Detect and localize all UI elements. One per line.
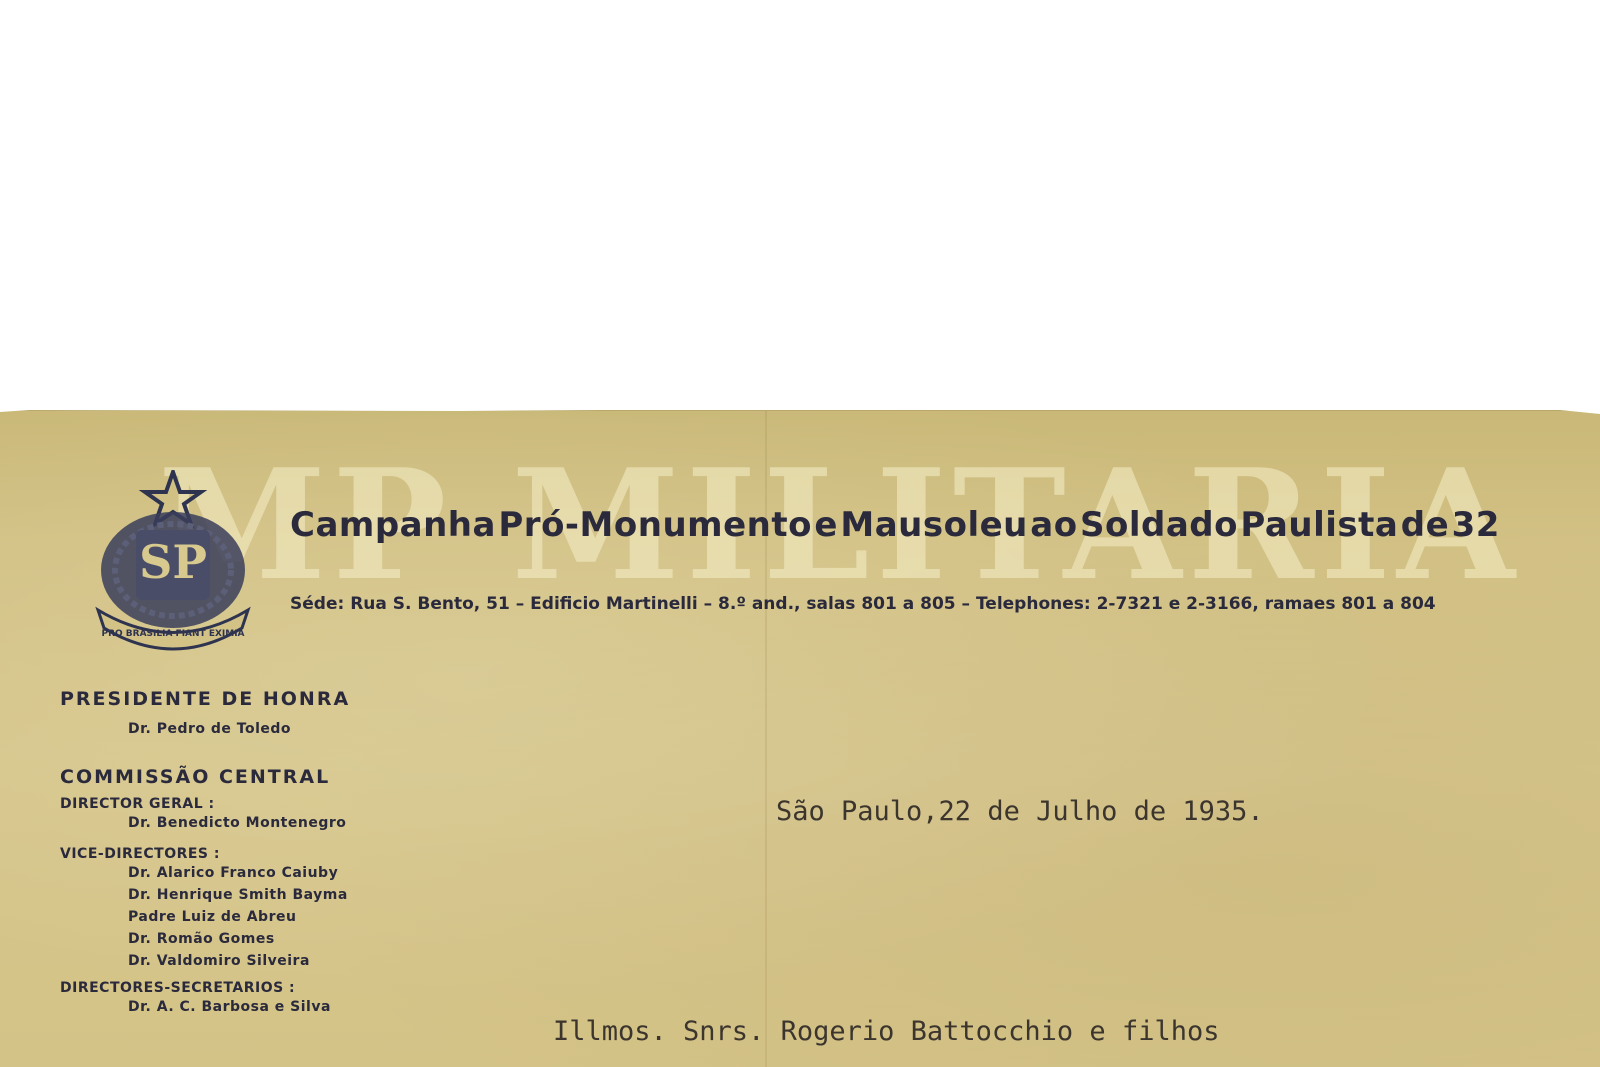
- vice-director-name: Padre Luiz de Abreu: [60, 906, 350, 928]
- svg-text:SP: SP: [139, 535, 207, 589]
- title-word: Mausoleu: [840, 505, 1028, 545]
- title-word: Paulista: [1240, 505, 1398, 545]
- title-word: e: [814, 505, 838, 545]
- vice-director-name: Dr. Henrique Smith Bayma: [60, 884, 350, 906]
- presidente-heading: PRESIDENTE DE HONRA: [60, 688, 350, 710]
- director-geral-name: Dr. Benedicto Montenegro: [60, 812, 350, 834]
- letter-date-line: São Paulo,22 de Julho de 1935.: [776, 796, 1264, 827]
- presidente-name: Dr. Pedro de Toledo: [60, 718, 350, 740]
- letter-addressee: Illmos. Snrs. Rogerio Battocchio e filho…: [553, 1016, 1219, 1047]
- title-word: Pró-Monumento: [498, 505, 812, 545]
- vice-director-name: Dr. Valdomiro Silveira: [60, 950, 350, 972]
- directores-secretarios-heading: DIRECTORES-SECRETARIOS :: [60, 980, 350, 996]
- title-word: 32: [1452, 505, 1500, 545]
- title-word: de: [1401, 505, 1449, 545]
- title-word: Campanha: [290, 505, 496, 545]
- director-geral-heading: DIRECTOR GERAL :: [60, 796, 350, 812]
- sao-paulo-coat-of-arms-icon: SP PRO BRASILIA FIANT EXIMIA: [88, 470, 258, 655]
- secretario-name: Dr. A. C. Barbosa e Silva: [60, 996, 350, 1018]
- svg-text:PRO BRASILIA FIANT EXIMIA: PRO BRASILIA FIANT EXIMIA: [101, 629, 244, 639]
- title-word: Soldado: [1080, 505, 1238, 545]
- letterhead-title: Campanha Pró-Monumento e Mausoleu ao Sol…: [290, 505, 1500, 545]
- title-word: ao: [1030, 505, 1077, 545]
- commissao-heading: COMMISSÃO CENTRAL: [60, 766, 350, 788]
- vice-director-name: Dr. Romão Gomes: [60, 928, 350, 950]
- vice-directores-heading: VICE-DIRECTORES :: [60, 846, 350, 862]
- vice-director-name: Dr. Alarico Franco Caiuby: [60, 862, 350, 884]
- letterhead-address: Séde: Rua S. Bento, 51 – Edificio Martin…: [290, 594, 1500, 614]
- committee-sidebar: PRESIDENTE DE HONRA Dr. Pedro de Toledo …: [60, 688, 350, 1018]
